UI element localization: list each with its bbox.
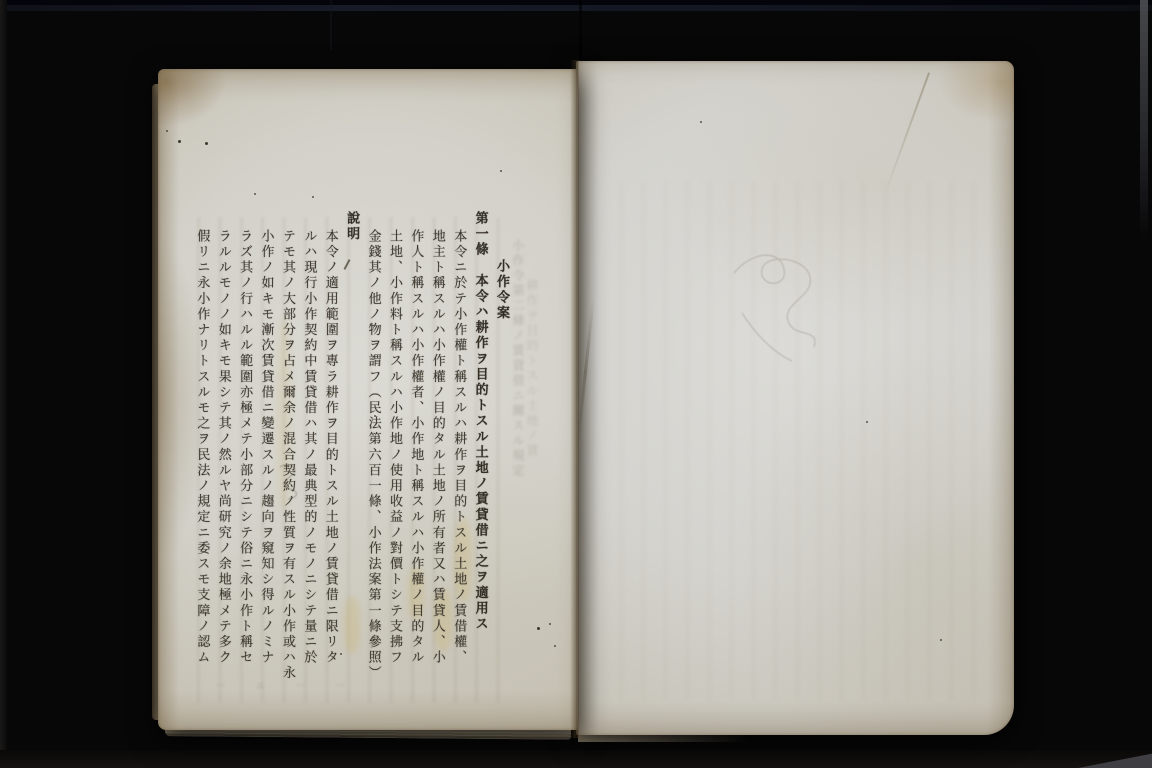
document-text-block: 小作令案 第一條 本令ハ耕作ヲ目的トスル土地ノ賃貸借ニ之ヲ適用ス 本令ニ於テ小作… (191, 211, 512, 703)
paper-speck (340, 653, 342, 655)
text-column: テモ其ノ大部分ヲ占メ爾余ノ混合契約ノ性質ヲ有スル小作或ハ永 (277, 211, 298, 703)
article-1-column: 第一條 本令ハ耕作ヲ目的トスル土地ノ賃貸借ニ之ヲ適用ス (469, 211, 490, 703)
page-stack-edge (578, 735, 748, 742)
paper-speck (549, 623, 551, 625)
paper-speck (537, 627, 540, 630)
right-page (576, 61, 1014, 735)
text-column: ラルルモノノ如キモ果シテ其ノ然ルヤ尚研究ノ余地極メテ多ク (212, 211, 233, 703)
paper-speck (940, 639, 942, 641)
text-column: 作人ト稱スルハ小作權者、小作地ト稱スルハ小作權ノ目的タル (405, 211, 426, 703)
text-column: 地主ト稱スルハ小作權ノ目的タル土地ノ所有者又ハ賃貸人、小 (426, 211, 447, 703)
paper-speck (700, 121, 702, 123)
backdrop-seam (330, 0, 332, 50)
document-title-column: 小作令案 (491, 211, 512, 703)
backdrop-bottom-edge (0, 750, 1152, 768)
paper-speck (205, 142, 208, 145)
paper-speck (178, 140, 181, 143)
paper-speck (554, 645, 556, 647)
backdrop-top-highlight (0, 5, 1152, 11)
paper-speck (500, 170, 502, 172)
text-column: 假リニ永小作ナリトスルモ之ヲ民法ノ規定ニ委スモ支障ノ認ム (191, 211, 212, 703)
text-column: 本令ニ於テ小作權ト稱スルハ耕作ヲ目的トスル土地ノ賃借權、 (448, 211, 469, 703)
explanation-heading-column: 說明 (341, 211, 362, 703)
pencil-scribble (722, 243, 842, 373)
bleed-through-ghost: 耕作ヲ目的トスル土地ノ賃 (524, 279, 541, 659)
paper-crease (884, 72, 930, 195)
paper-speck (166, 130, 168, 132)
text-column: 土地、小作料ト稱スルハ小作地ノ使用收益ノ對價トシテ支拂フ (384, 211, 405, 703)
page-fold (570, 60, 583, 738)
text-column: 本令ノ適用範圍ヲ專ラ耕作ヲ目的トスル土地ノ賃貸借ニ限リタ (319, 211, 340, 703)
paper-speck (312, 196, 314, 198)
pencil-scribble (276, 459, 304, 503)
backdrop-right-glint (1140, 0, 1148, 240)
text-column: ラズ其ノ行ハルル範圍亦極メテ小部分ニシテ俗ニ永小作ト稱セ (234, 211, 255, 703)
paper-speck (254, 193, 256, 195)
text-column: ルハ現行小作契約中賃貸借ハ其ノ最典型的ノモノニシテ量ニ於 (298, 211, 319, 703)
left-page: 小作令第二條ノ賃貸借ニ關スル規定 耕作ヲ目的トスル土地ノ賃 一 ニ 一 一 小作… (158, 69, 578, 730)
text-column: 小作ノ如キモ漸次賃貸借ニ變遷スルノ趨向ヲ窺知シ得ルノミナ (255, 211, 276, 703)
paper-speck (374, 415, 376, 417)
text-column: 金錢其ノ他ノ物ヲ謂フ（民法第六百一條、小作法案第一條參照） (362, 211, 383, 703)
photograph: 小作令第二條ノ賃貸借ニ關スル規定 耕作ヲ目的トスル土地ノ賃 一 ニ 一 一 小作… (0, 0, 1152, 768)
backdrop-left-edge (0, 0, 7, 768)
paper-speck (866, 421, 868, 423)
